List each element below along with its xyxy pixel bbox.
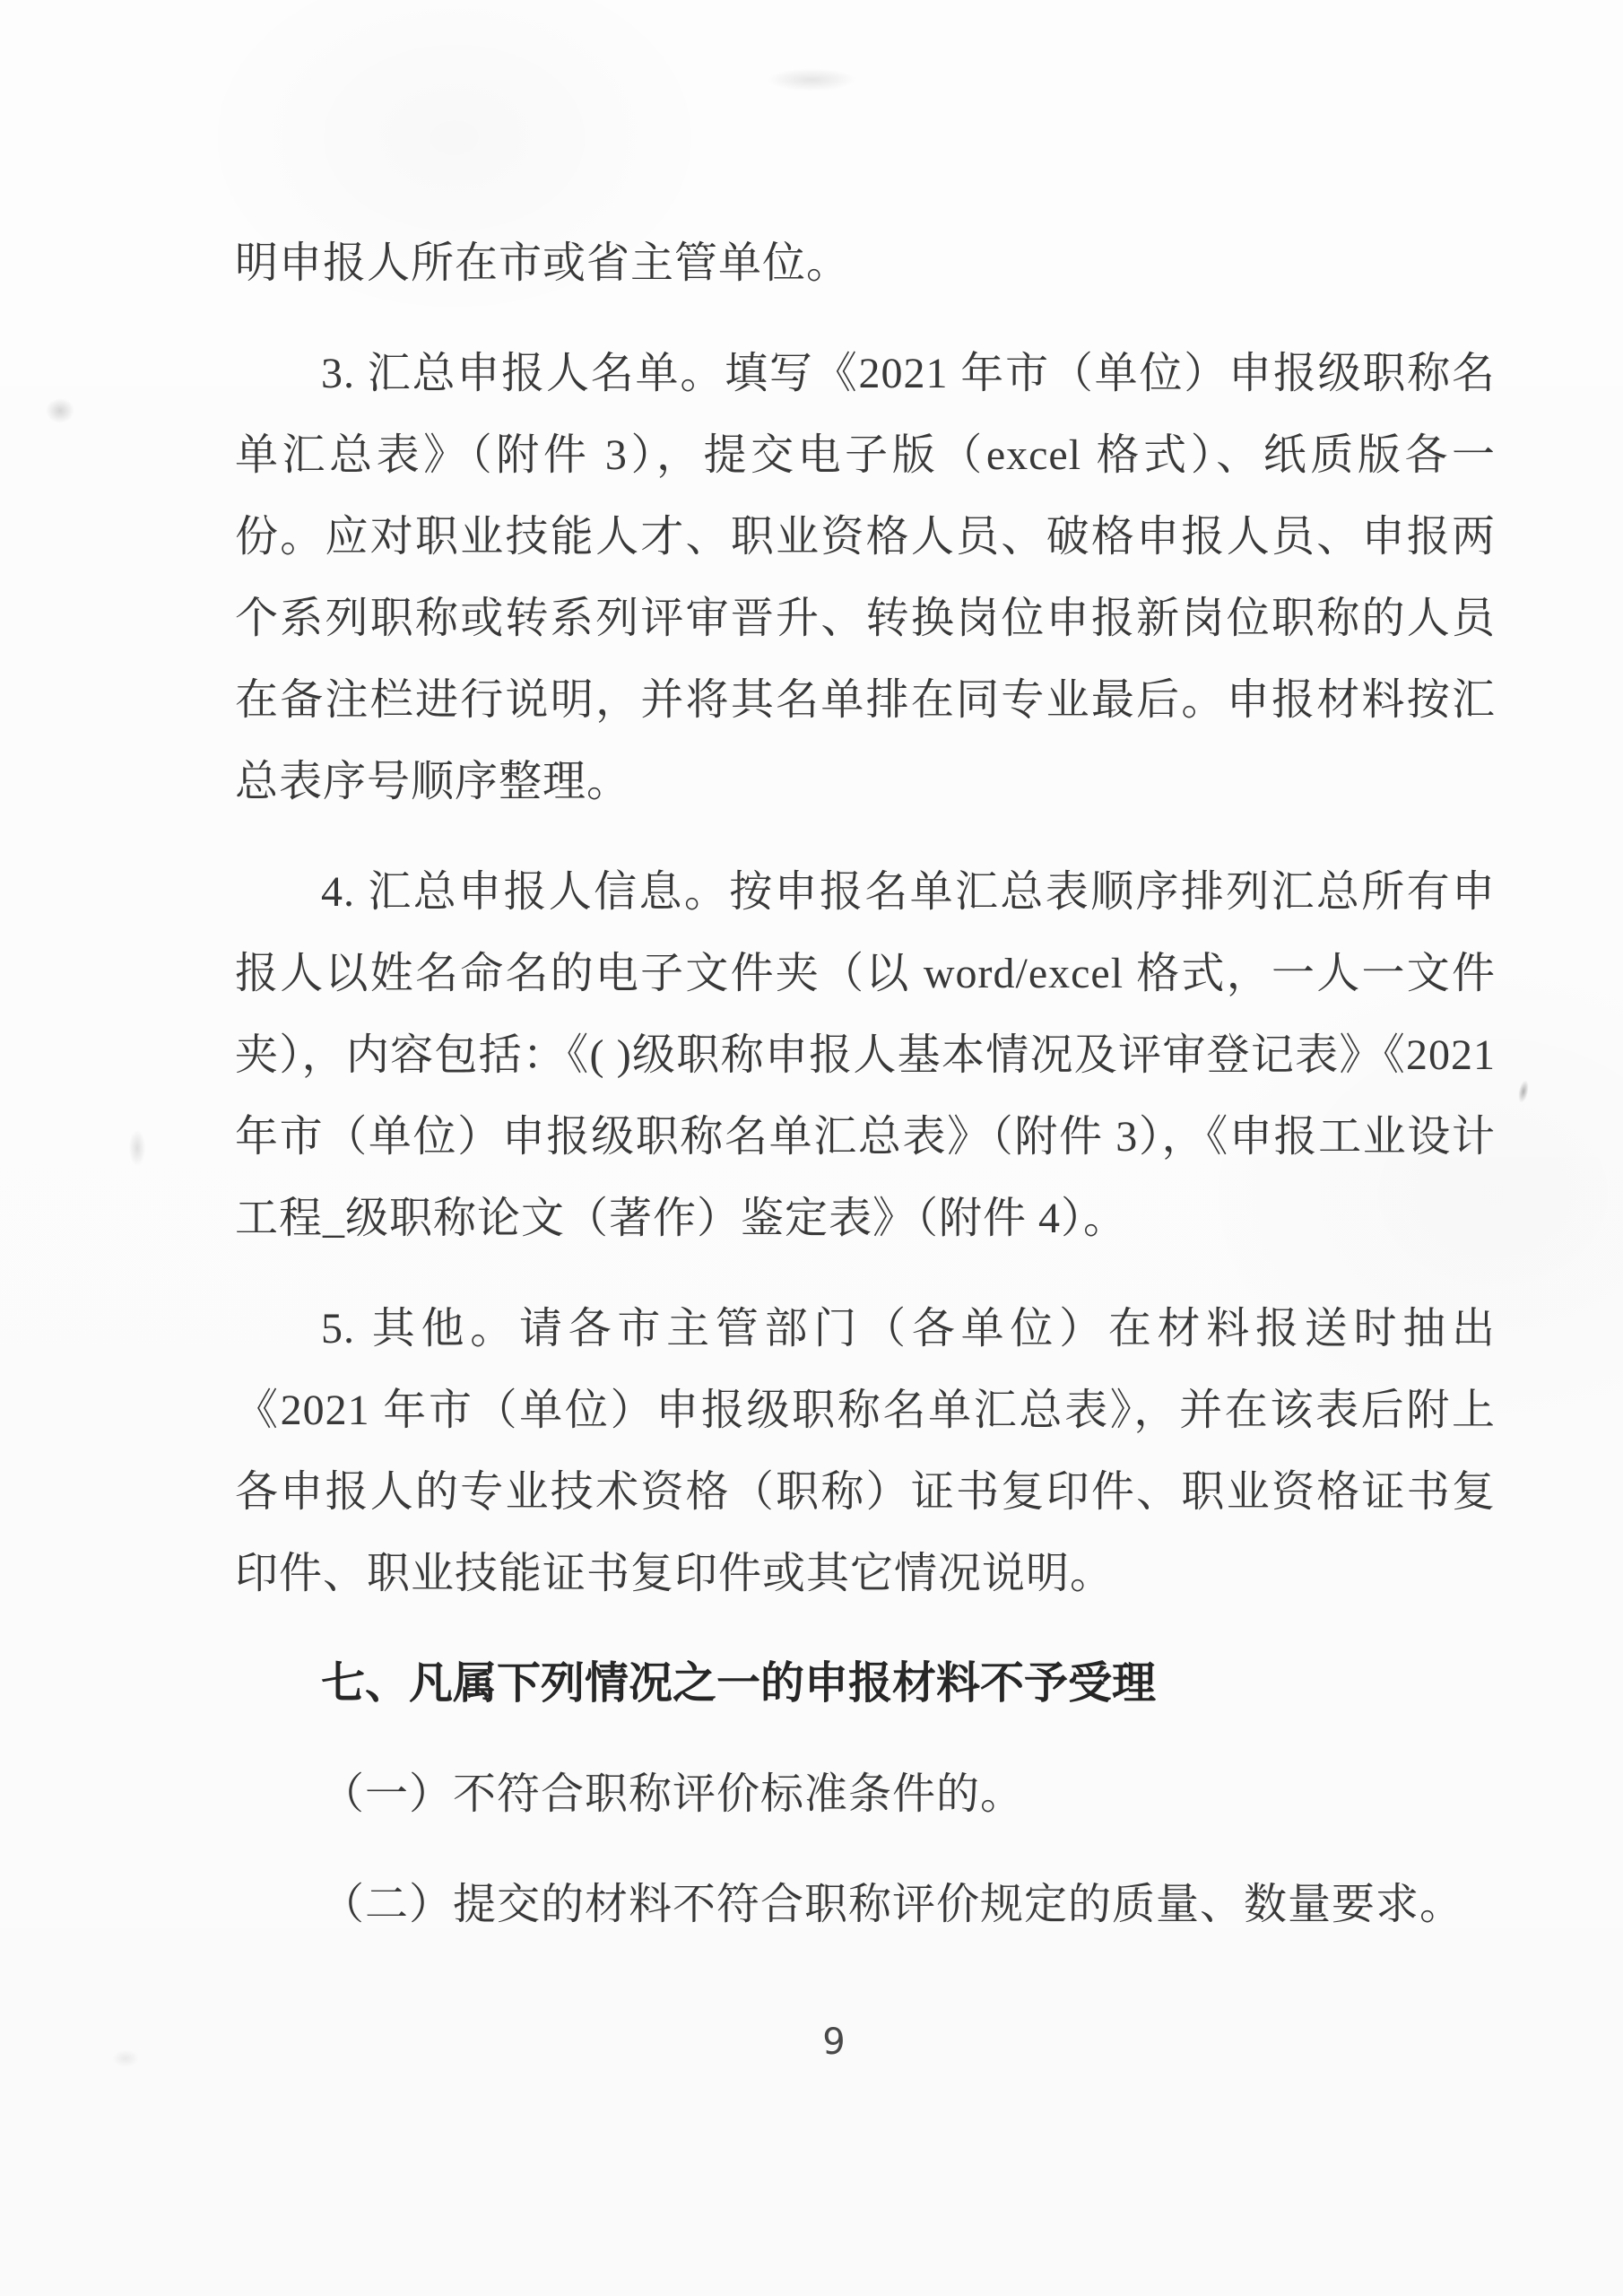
- scan-artifact: [126, 1123, 149, 1173]
- page-number: 9: [789, 2022, 879, 2063]
- document-page: 明申报人所在市或省主管单位。 3. 汇总申报人名单。填写《2021 年市（单位）…: [0, 0, 1623, 2296]
- scan-artifact: [108, 2047, 143, 2070]
- scan-artifact: [39, 393, 81, 429]
- continuation-paragraph: 明申报人所在市或省主管单位。: [235, 222, 1496, 304]
- paragraph-item-4: 4. 汇总申报人信息。按申报名单汇总表顺序排列汇总所有申报人以姓名命名的电子文件…: [235, 851, 1496, 1259]
- document-body: 明申报人所在市或省主管单位。 3. 汇总申报人名单。填写《2021 年市（单位）…: [235, 222, 1496, 1945]
- paragraph-item-3: 3. 汇总申报人名单。填写《2021 年市（单位）申报级职称名单汇总表》（附件 …: [235, 333, 1496, 822]
- paragraph-item-5: 5. 其他。请各市主管部门（各单位）在材料报送时抽出《2021 年市（单位）申报…: [235, 1288, 1496, 1614]
- section-heading: 七、凡属下列情况之一的申报材料不予受理: [235, 1643, 1496, 1725]
- scan-artifact: [1515, 1075, 1533, 1108]
- list-item-1: （一）不符合职称评价标准条件的。: [235, 1753, 1496, 1835]
- list-item-2: （二）提交的材料不符合职称评价规定的质量、数量要求。: [235, 1864, 1496, 1945]
- scan-artifact: [753, 65, 870, 95]
